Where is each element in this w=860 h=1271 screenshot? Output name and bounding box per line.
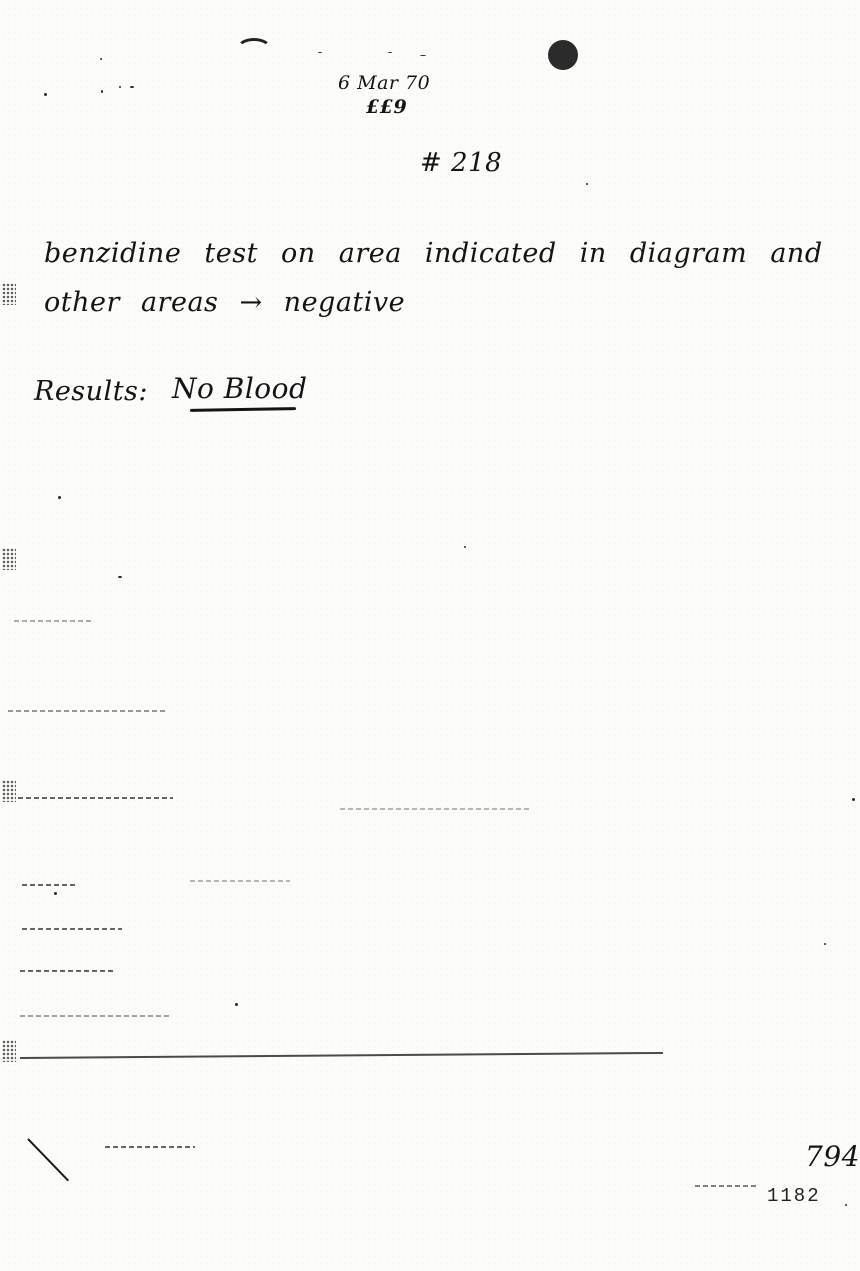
ruled-line-remnant [340, 808, 530, 810]
scan-speck [54, 892, 57, 895]
note-line-2: other areas → negative [44, 287, 405, 318]
results-value: No Blood [172, 372, 307, 405]
ruled-line-remnant [8, 710, 168, 712]
scan-noise [2, 283, 16, 305]
ruled-line-remnant [22, 884, 77, 886]
handwritten-page-number: 794 [805, 1140, 860, 1173]
ruled-line-remnant [190, 880, 290, 882]
scan-noise [2, 548, 16, 570]
ruled-line-remnant [20, 1015, 170, 1017]
note-line-1: benzidine test on area indicated in diag… [44, 238, 823, 269]
ruled-line-long [20, 1052, 663, 1059]
scan-speck [586, 183, 588, 185]
scanned-page: 6 Mar 70 ££9 # 218 benzidine test on are… [0, 0, 860, 1271]
header-initials: ££9 [366, 96, 407, 118]
scan-artifact-arc [236, 38, 272, 61]
diagonal-pen-stroke [27, 1138, 69, 1181]
scan-speck [464, 546, 466, 548]
scan-noise [2, 780, 16, 802]
scan-speck [845, 1204, 847, 1206]
header-date: 6 Mar 70 [338, 72, 430, 94]
ruled-line-remnant [695, 1185, 757, 1187]
ruled-line-remnant [20, 970, 115, 972]
hole-punch-mark [548, 40, 578, 70]
scan-speck [130, 86, 134, 88]
scan-speck [58, 496, 61, 499]
scan-speck [388, 52, 392, 53]
scan-speck [118, 576, 122, 578]
scan-speck [824, 943, 826, 945]
scan-speck [318, 52, 322, 53]
scan-speck [235, 1003, 238, 1006]
item-number: # 218 [420, 148, 502, 178]
scan-speck [100, 58, 102, 60]
scan-noise [2, 1040, 16, 1062]
scan-speck [101, 90, 103, 93]
ruled-line-remnant [18, 797, 173, 799]
ruled-line-remnant [14, 620, 94, 622]
results-underline [190, 407, 296, 412]
results-label: Results: [34, 376, 148, 407]
ruled-line-remnant [22, 928, 122, 930]
scan-speck [420, 55, 426, 56]
stamped-page-number: 1182 [767, 1185, 821, 1207]
scan-speck [852, 798, 855, 801]
ruled-line-remnant [105, 1146, 195, 1148]
scan-speck [44, 93, 47, 96]
scan-speck [119, 86, 121, 88]
